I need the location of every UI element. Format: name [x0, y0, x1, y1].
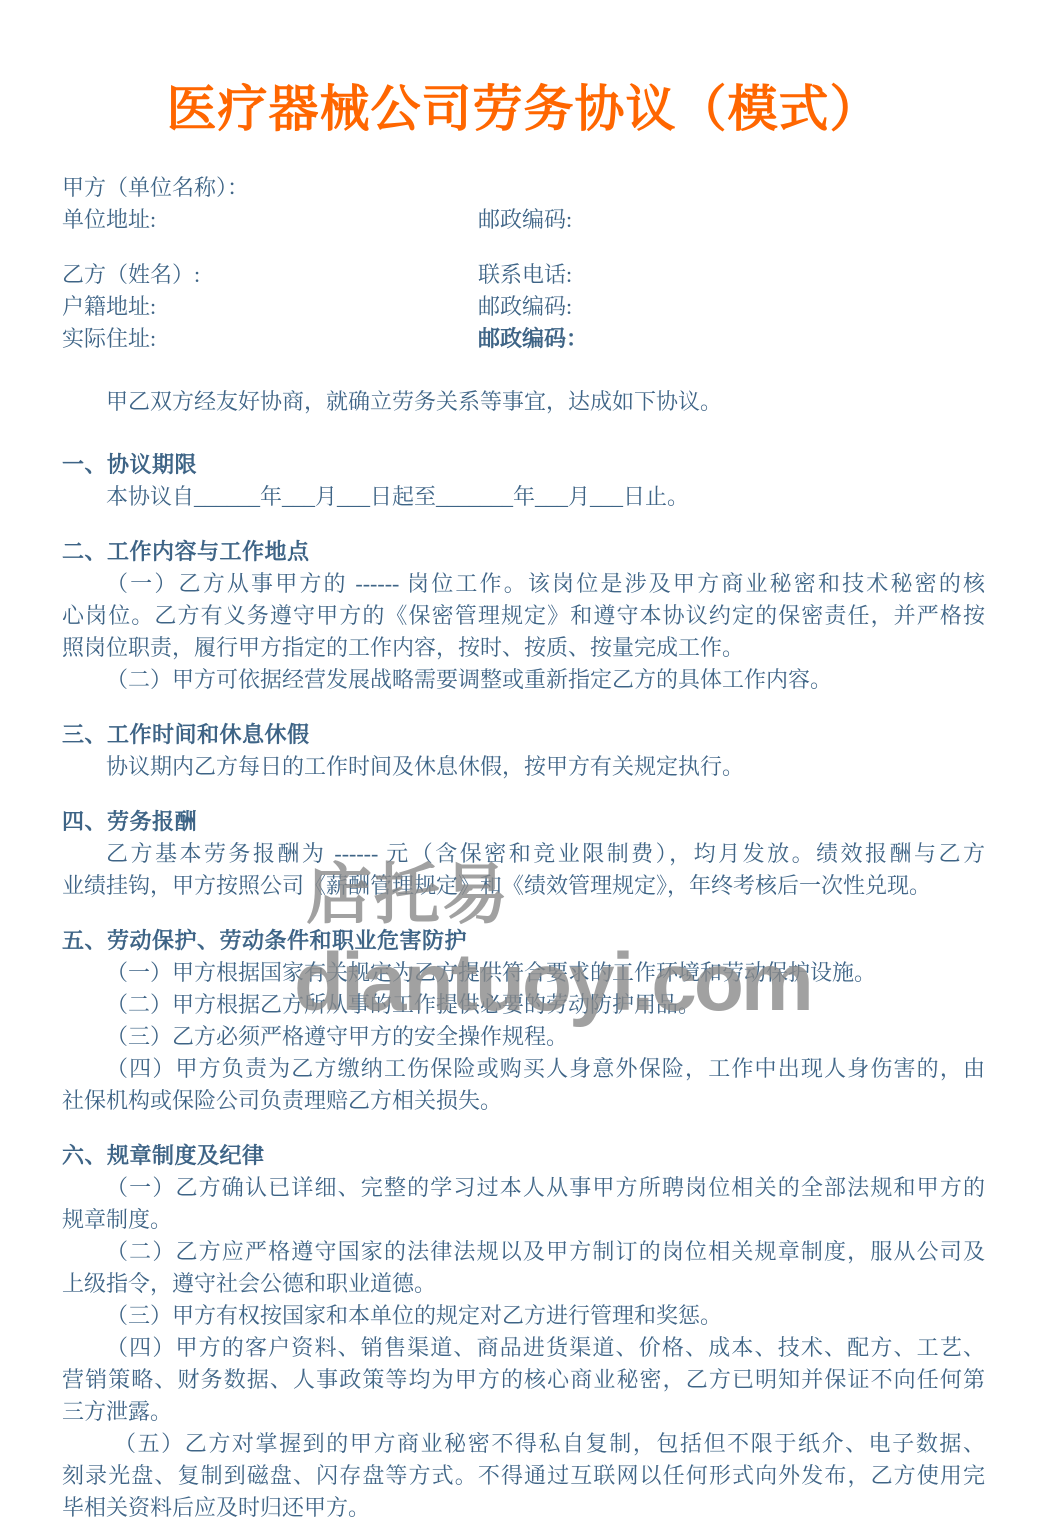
- paragraph-line: 协议期内乙方每日的工作时间及休息休假，按甲方有关规定执行。: [62, 751, 985, 783]
- paragraph-line: 刻录光盘、复制到磁盘、闪存盘等方式。不得通过互联网以任何形式向外发布，乙方使用完: [62, 1460, 985, 1492]
- paragraph-line: （二）乙方应严格遵守国家的法律法规以及甲方制订的岗位相关规章制度，服从公司及: [62, 1236, 985, 1268]
- paragraph-line: （二）甲方可依据经营发展战略需要调整或重新指定乙方的具体工作内容。: [62, 664, 985, 696]
- sections-container: 一、协议期限本协议自______年___月___日起至_______年___月_…: [62, 449, 985, 1522]
- info-label-right: 邮政编码:: [478, 204, 572, 236]
- section: 六、规章制度及纪律（一）乙方确认已详细、完整的学习过本人从事甲方所聘岗位相关的全…: [62, 1140, 985, 1522]
- section: 五、劳动保护、劳动条件和职业危害防护（一）甲方根据国家有关规定为乙方提供符合要求…: [62, 925, 985, 1117]
- info-label-left: 甲方（单位名称）：: [62, 175, 249, 200]
- info-label-left: 乙方（姓名）:: [62, 262, 200, 287]
- section-heading: 六、规章制度及纪律: [62, 1140, 985, 1172]
- section-heading: 四、劳务报酬: [62, 806, 985, 838]
- paragraph-line: 毕相关资料后应及时归还甲方。: [62, 1492, 985, 1522]
- paragraph-line: 乙方基本劳务报酬为 ------ 元（含保密和竞业限制费），均月发放。绩效报酬与…: [62, 838, 985, 870]
- document-page: 医疗器械公司劳务协议（模式） 甲方（单位名称）：单位地址:邮政编码:乙方（姓名）…: [0, 0, 1045, 1522]
- paragraph-line: 规章制度。: [62, 1204, 985, 1236]
- paragraph-line: （三）甲方有权按国家和本单位的规定对乙方进行管理和奖惩。: [62, 1300, 985, 1332]
- document-title: 医疗器械公司劳务协议（模式）: [62, 76, 985, 142]
- info-row: 户籍地址:邮政编码:: [62, 291, 985, 323]
- info-spacer: [62, 236, 985, 259]
- section-heading: 三、工作时间和休息休假: [62, 719, 985, 751]
- paragraph-line: （二）甲方根据乙方所从事的工作提供必要的劳动防护用品。: [62, 989, 985, 1021]
- intro-paragraph: 甲乙双方经友好协商，就确立劳务关系等事宜，达成如下协议。: [62, 386, 985, 418]
- paragraph-line: 上级指令，遵守社会公德和职业道德。: [62, 1268, 985, 1300]
- section-heading: 二、工作内容与工作地点: [62, 536, 985, 568]
- paragraph-line: 社保机构或保险公司负责理赔乙方相关损失。: [62, 1085, 985, 1117]
- paragraph-line: 心岗位。乙方有义务遵守甲方的《保密管理规定》和遵守本协议约定的保密责任，并严格按: [62, 600, 985, 632]
- section: 三、工作时间和休息休假协议期内乙方每日的工作时间及休息休假，按甲方有关规定执行。: [62, 719, 985, 783]
- section: 二、工作内容与工作地点（一）乙方从事甲方的 ------ 岗位工作。该岗位是涉及…: [62, 536, 985, 696]
- paragraph-line: 本协议自______年___月___日起至_______年___月___日止。: [62, 481, 985, 513]
- info-row: 单位地址:邮政编码:: [62, 204, 985, 236]
- paragraph-line: 照岗位职责，履行甲方指定的工作内容，按时、按质、按量完成工作。: [62, 632, 985, 664]
- info-label-left: 实际住址:: [62, 326, 156, 351]
- paragraph-line: （一）乙方确认已详细、完整的学习过本人从事甲方所聘岗位相关的全部法规和甲方的: [62, 1172, 985, 1204]
- paragraph-line: （五）乙方对掌握到的甲方商业秘密不得私自复制，包括但不限于纸介、电子数据、: [62, 1428, 985, 1460]
- info-row: 乙方（姓名）:联系电话:: [62, 259, 985, 291]
- info-label-right: 邮政编码:: [478, 291, 572, 323]
- info-label-left: 户籍地址:: [62, 294, 156, 319]
- info-row: 甲方（单位名称）：: [62, 172, 985, 204]
- info-label-left: 单位地址:: [62, 207, 156, 232]
- section: 一、协议期限本协议自______年___月___日起至_______年___月_…: [62, 449, 985, 513]
- paragraph-line: （一）乙方从事甲方的 ------ 岗位工作。该岗位是涉及甲方商业秘密和技术秘密…: [62, 568, 985, 600]
- info-label-right: 邮政编码：: [478, 323, 588, 355]
- paragraph-line: 三方泄露。: [62, 1396, 985, 1428]
- paragraph-line: 营销策略、财务数据、人事政策等均为甲方的核心商业秘密，乙方已明知并保证不向任何第: [62, 1364, 985, 1396]
- paragraph-line: （四）甲方负责为乙方缴纳工伤保险或购买人身意外保险，工作中出现人身伤害的，由: [62, 1053, 985, 1085]
- info-row: 实际住址:邮政编码：: [62, 323, 985, 355]
- paragraph-line: （三）乙方必须严格遵守甲方的安全操作规程。: [62, 1021, 985, 1053]
- section-heading: 一、协议期限: [62, 449, 985, 481]
- paragraph-line: （四）甲方的客户资料、销售渠道、商品进货渠道、价格、成本、技术、配方、工艺、: [62, 1332, 985, 1364]
- paragraph-line: （一）甲方根据国家有关规定为乙方提供符合要求的工作环境和劳动保护设施。: [62, 957, 985, 989]
- info-label-right: 联系电话:: [478, 259, 572, 291]
- paragraph-line: 业绩挂钩，甲方按照公司《薪酬管理规定》和《绩效管理规定》，年终考核后一次性兑现。: [62, 870, 985, 902]
- section: 四、劳务报酬乙方基本劳务报酬为 ------ 元（含保密和竞业限制费），均月发放…: [62, 806, 985, 902]
- party-info-block: 甲方（单位名称）：单位地址:邮政编码:乙方（姓名）:联系电话:户籍地址:邮政编码…: [62, 172, 985, 355]
- section-heading: 五、劳动保护、劳动条件和职业危害防护: [62, 925, 985, 957]
